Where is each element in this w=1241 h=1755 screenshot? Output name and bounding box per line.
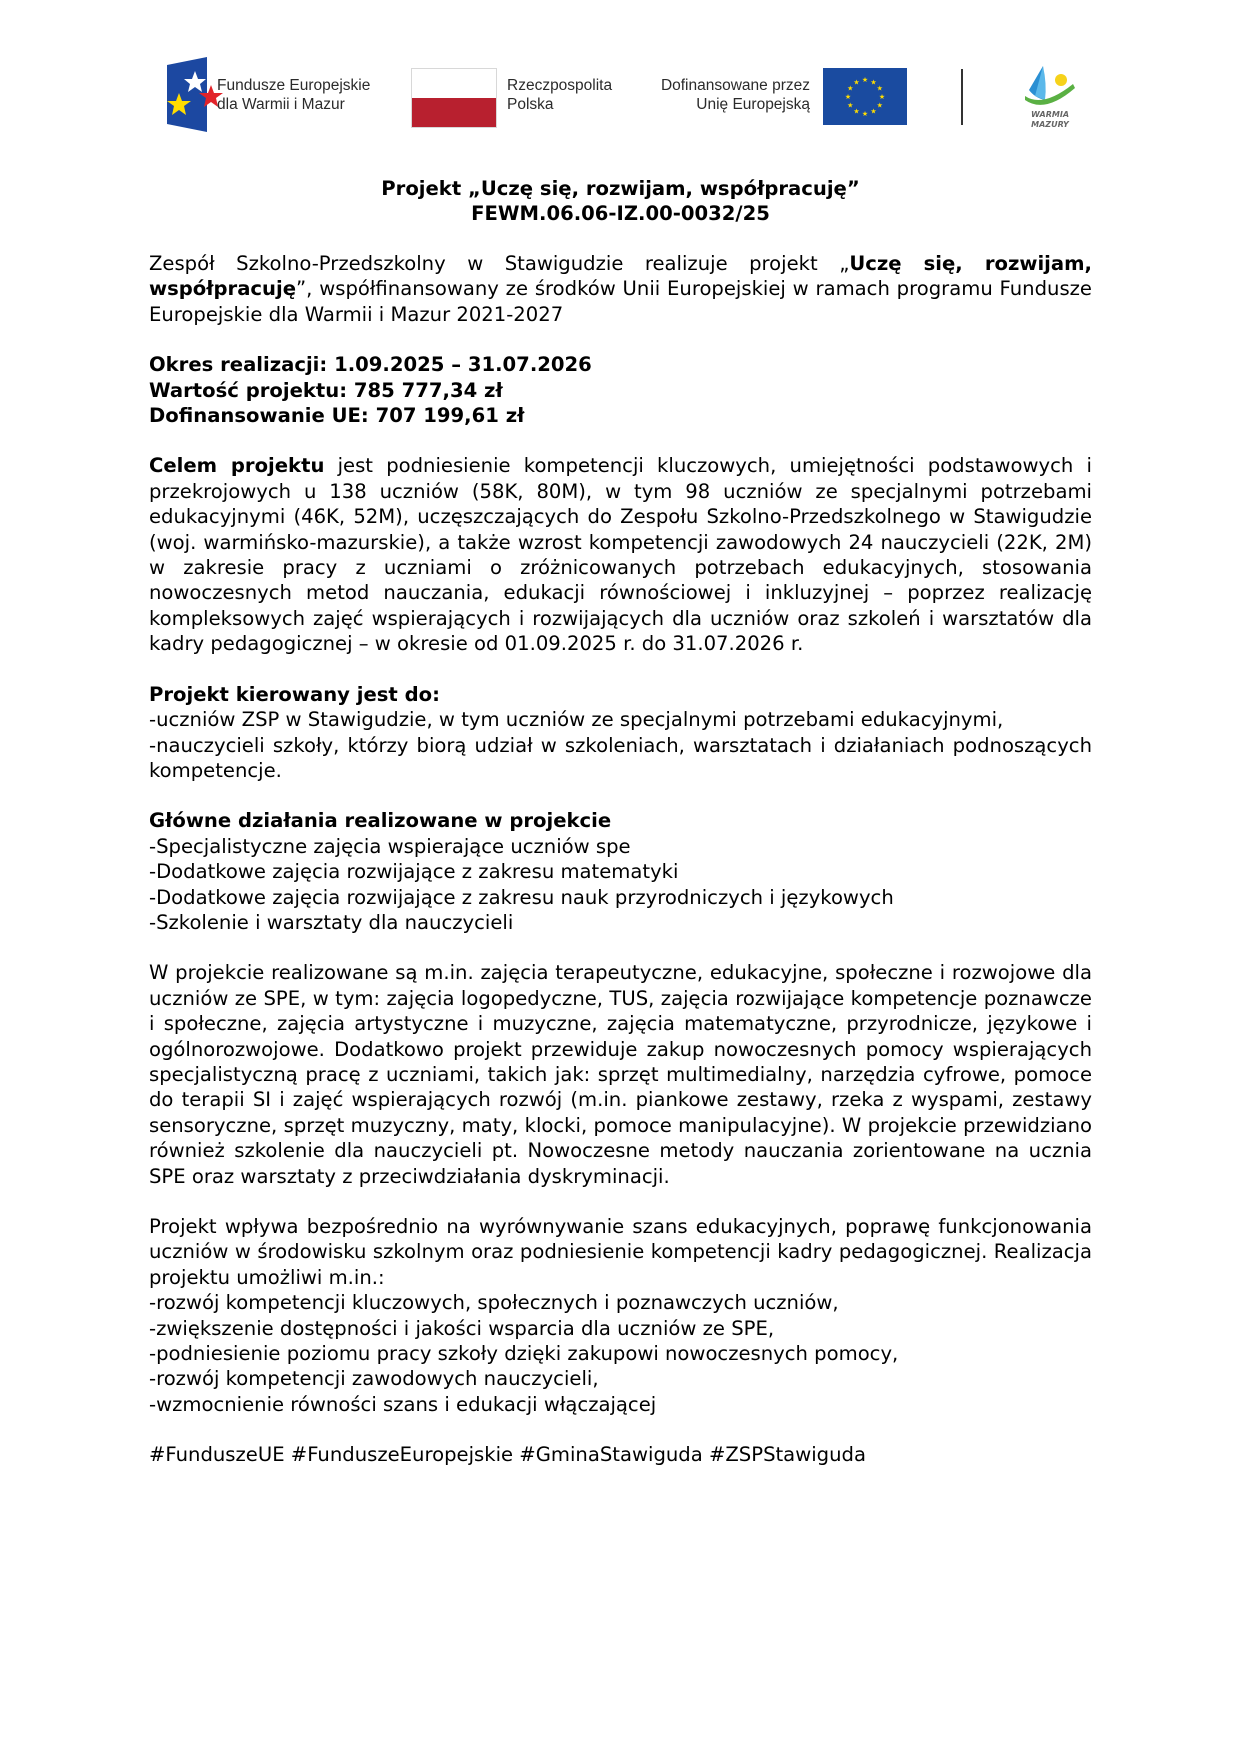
goal-label: Celem projektu (149, 454, 324, 477)
intro-text-before: Zespół Szkolno-Przedszkolny w Stawigudzi… (149, 252, 849, 275)
target-item: -nauczycieli szkoły, którzy biorą udział… (149, 733, 1092, 784)
fe-logo-line2: dla Warmii i Mazur (217, 95, 370, 114)
impact-text: Projekt wpływa bezpośrednio na wyrównywa… (149, 1214, 1092, 1290)
impact-item: -podniesienie poziomu pracy szkoły dzięk… (149, 1341, 1092, 1366)
svg-text:WARMIA: WARMIA (1031, 110, 1069, 119)
activity-item: -Specjalistyczne zajęcia wspierające ucz… (149, 834, 1092, 859)
fe-logo-text: Fundusze Europejskie dla Warmii i Mazur (217, 76, 370, 114)
fact-value: Wartość projektu: 785 777,34 zł (149, 378, 1092, 403)
svg-text:★: ★ (870, 108, 876, 116)
pl-logo-line2: Polska (507, 95, 612, 114)
intro-paragraph: Zespół Szkolno-Przedszkolny w Stawigudzi… (149, 251, 1092, 327)
poland-flag-icon (411, 68, 497, 128)
goal-text: jest podniesienie kompetencji kluczowych… (149, 454, 1092, 655)
impact-section: Projekt wpływa bezpośrednio na wyrównywa… (149, 1214, 1092, 1417)
svg-text:★: ★ (877, 102, 883, 110)
svg-text:★: ★ (862, 110, 868, 118)
eu-logo-text: Dofinansowane przez Unię Europejską (640, 76, 810, 114)
document-body: Projekt „Uczę się, rozwijam, współpracuj… (149, 176, 1092, 1468)
eu-flag-icon: ★★★★★★★★★★★★ (823, 68, 907, 125)
svg-text:★: ★ (853, 108, 859, 116)
project-title: Projekt „Uczę się, rozwijam, współpracuj… (149, 176, 1092, 201)
target-item: -uczniów ZSP w Stawigudzie, w tym ucznió… (149, 707, 1092, 732)
goal-paragraph: Celem projektu jest podniesienie kompete… (149, 453, 1092, 656)
svg-text:★: ★ (853, 78, 859, 86)
project-code: FEWM.06.06-IZ.00-0032/25 (149, 201, 1092, 226)
activity-item: -Dodatkowe zajęcia rozwijające z zakresu… (149, 885, 1092, 910)
details-paragraph: W projekcie realizowane są m.in. zajęcia… (149, 960, 1092, 1189)
warmia-mazury-logo-icon: WARMIA MAZURY (1015, 62, 1085, 132)
pl-logo-text: Rzeczpospolita Polska (507, 76, 612, 114)
svg-text:★: ★ (862, 76, 868, 84)
fact-period: Okres realizacji: 1.09.2025 – 31.07.2026 (149, 352, 1092, 377)
activity-item: -Szkolenie i warsztaty dla nauczycieli (149, 910, 1092, 935)
impact-item: -zwiększenie dostępności i jakości wspar… (149, 1316, 1092, 1341)
logo-bar: Fundusze Europejskie dla Warmii i Mazur … (0, 0, 1241, 150)
eu-logo-line2: Unię Europejską (640, 95, 810, 114)
activities-heading: Główne działania realizowane w projekcie (149, 808, 1092, 833)
hashtags: #FunduszeUE #FunduszeEuropejskie #GminaS… (149, 1442, 1092, 1467)
eu-logo-line1: Dofinansowane przez (640, 76, 810, 95)
pl-logo-line1: Rzeczpospolita (507, 76, 612, 95)
facts-block: Okres realizacji: 1.09.2025 – 31.07.2026… (149, 352, 1092, 428)
target-heading: Projekt kierowany jest do: (149, 682, 1092, 707)
svg-text:★: ★ (847, 102, 853, 110)
fe-logo-line1: Fundusze Europejskie (217, 76, 370, 95)
svg-text:★: ★ (877, 85, 883, 93)
svg-text:★: ★ (845, 93, 851, 101)
logo-divider (961, 69, 963, 125)
svg-text:MAZURY: MAZURY (1031, 120, 1070, 129)
fact-funding: Dofinansowanie UE: 707 199,61 zł (149, 403, 1092, 428)
impact-item: -rozwój kompetencji zawodowych nauczycie… (149, 1366, 1092, 1391)
fe-logo-icon (165, 57, 225, 132)
impact-item: -rozwój kompetencji kluczowych, społeczn… (149, 1290, 1092, 1315)
target-section: Projekt kierowany jest do: -uczniów ZSP … (149, 682, 1092, 784)
impact-item: -wzmocnienie równości szans i edukacji w… (149, 1392, 1092, 1417)
activity-item: -Dodatkowe zajęcia rozwijające z zakresu… (149, 859, 1092, 884)
activities-section: Główne działania realizowane w projekcie… (149, 808, 1092, 935)
svg-text:★: ★ (879, 93, 885, 101)
